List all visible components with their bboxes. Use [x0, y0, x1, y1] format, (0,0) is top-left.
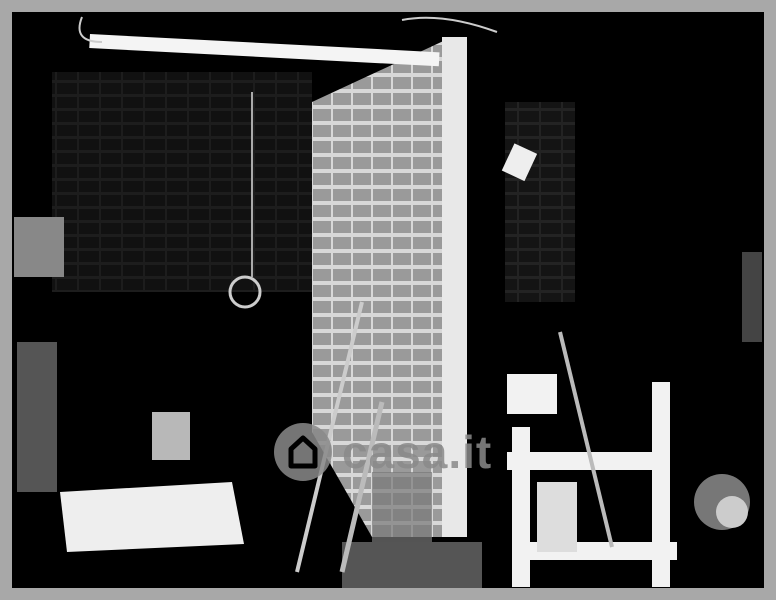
back-wall — [52, 72, 312, 292]
fluorescent-light — [89, 34, 439, 66]
watermark: casa.it — [274, 423, 492, 481]
table — [60, 482, 244, 552]
photo-scene — [12, 12, 764, 588]
watermark-text: casa.it — [342, 425, 492, 479]
ladder — [507, 374, 677, 587]
house-in-circle-icon — [274, 423, 332, 481]
photo-frame: casa.it — [12, 12, 764, 588]
